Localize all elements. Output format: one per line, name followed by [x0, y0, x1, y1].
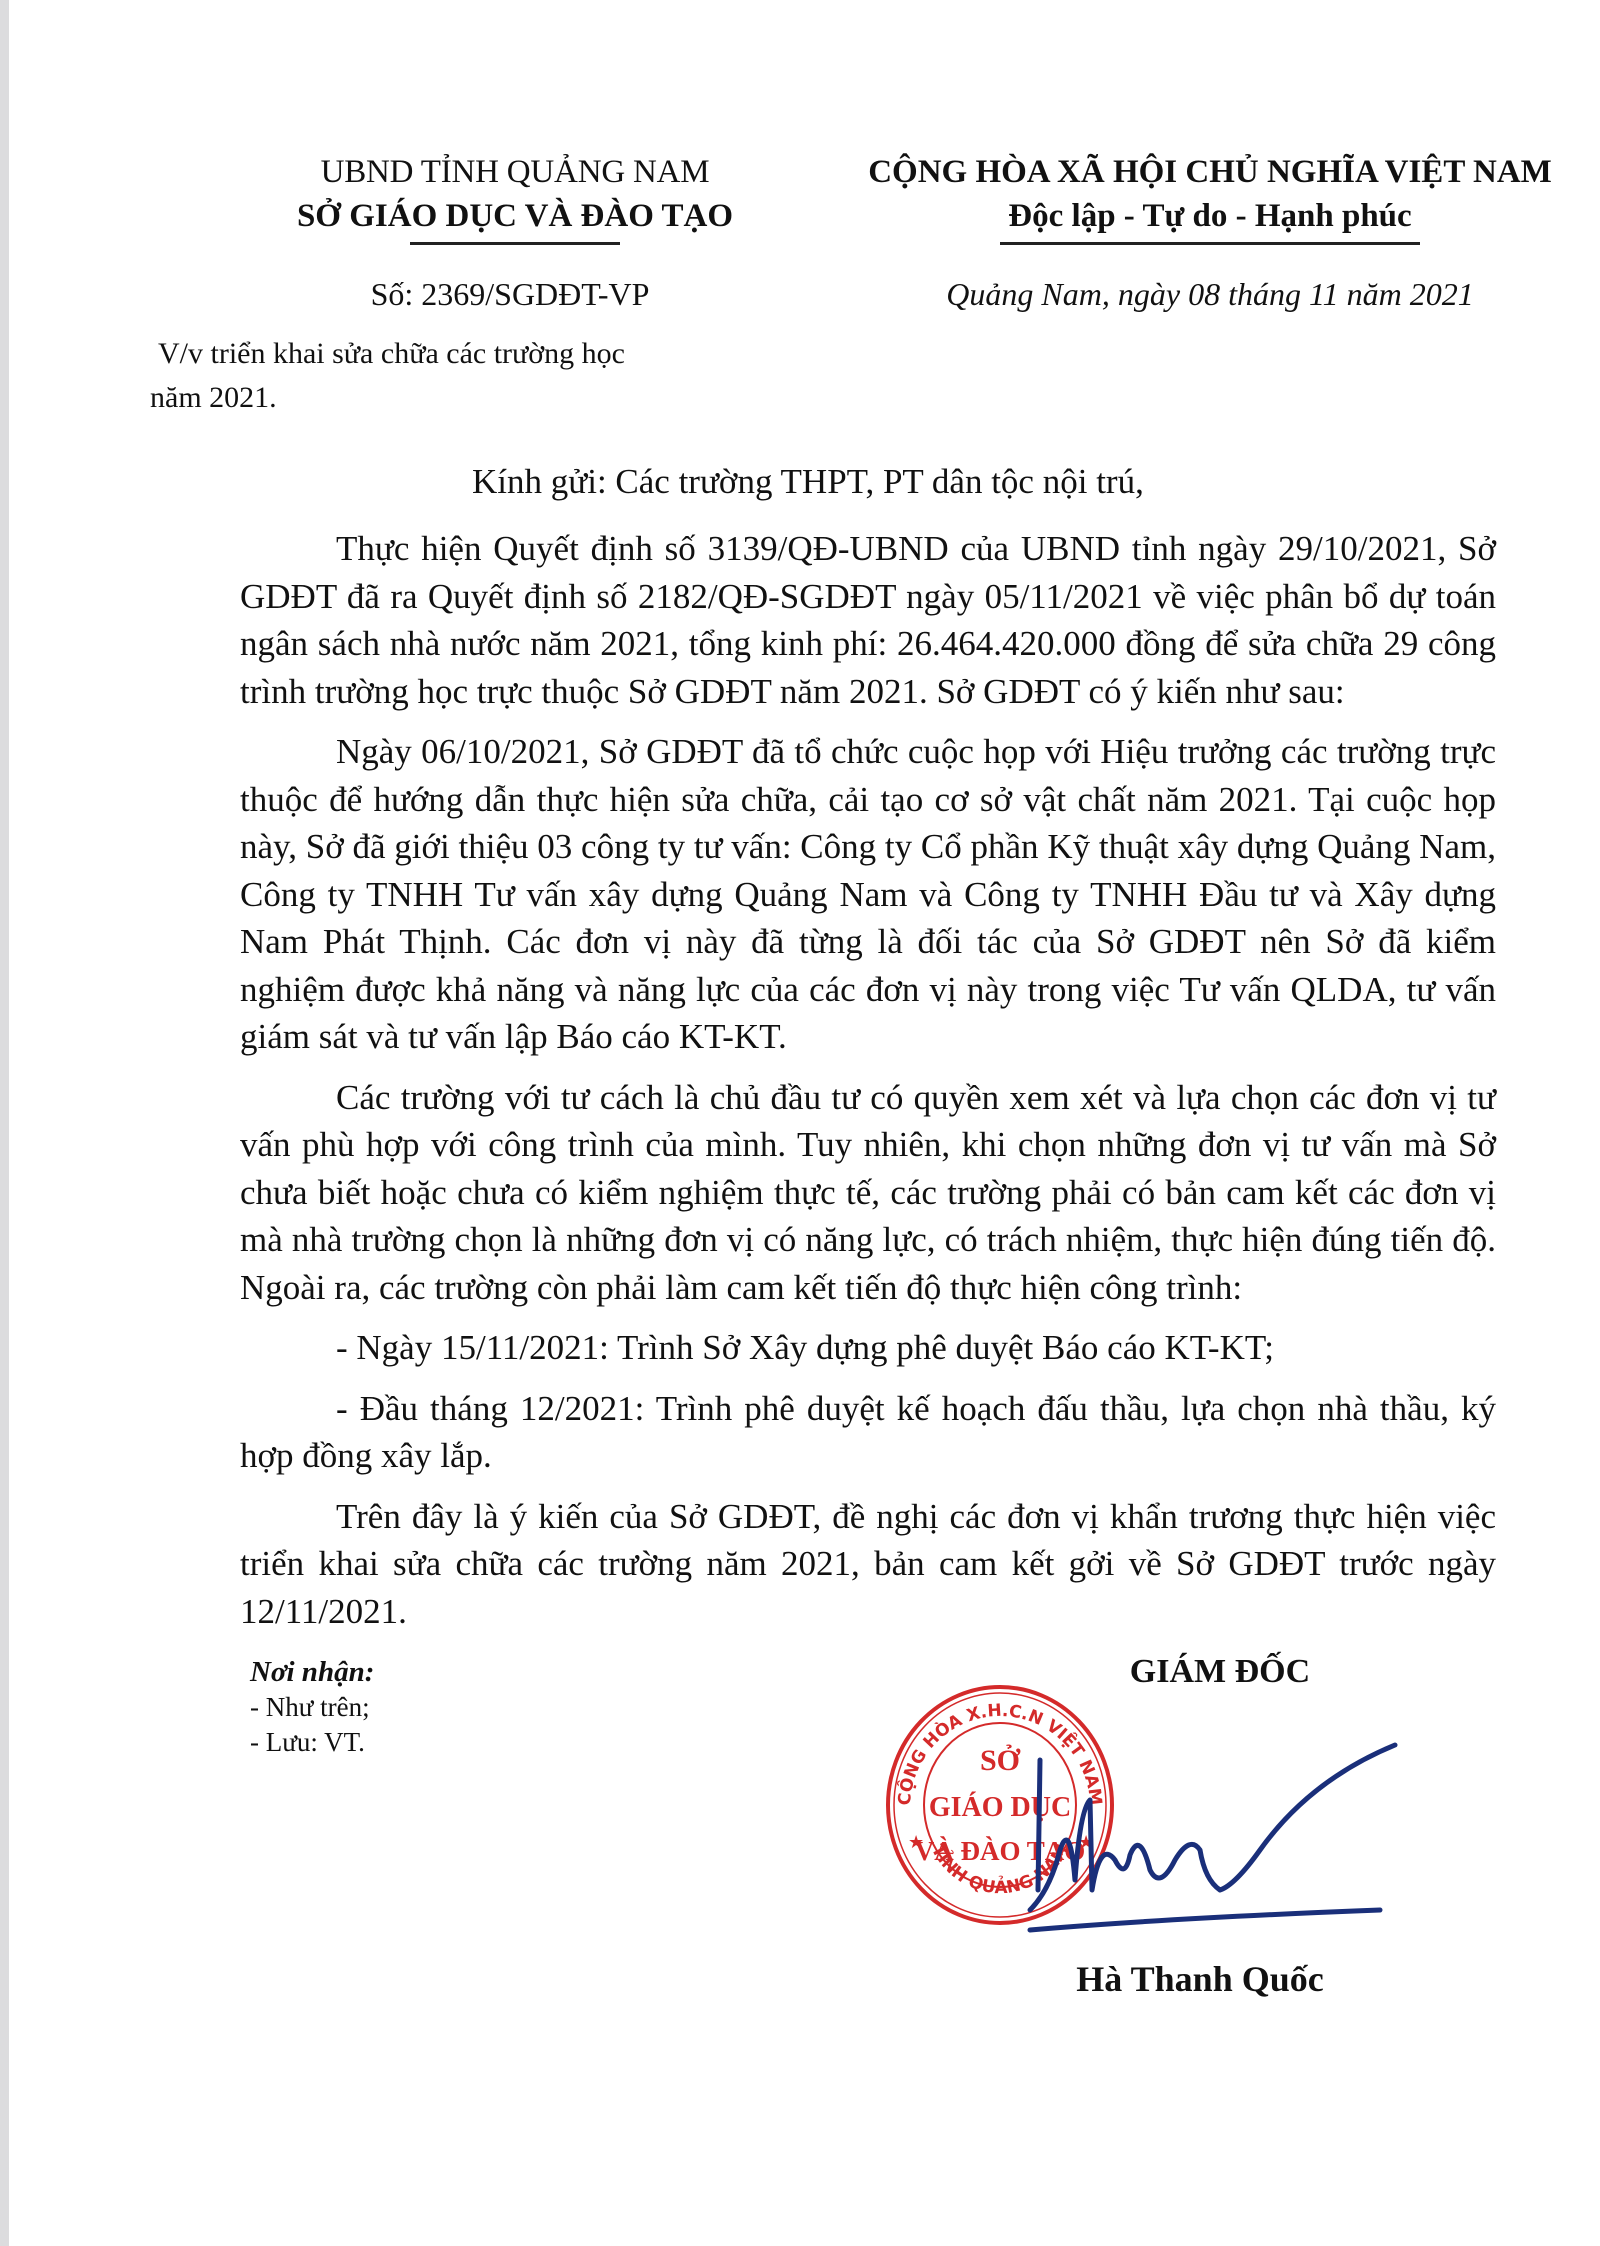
recipients-block: Nơi nhận: - Như trên; - Lưu: VT. — [250, 1655, 374, 1760]
letter-body: Thực hiện Quyết định số 3139/QĐ-UBND của… — [240, 525, 1496, 1648]
paragraph: Thực hiện Quyết định số 3139/QĐ-UBND của… — [240, 525, 1496, 715]
nation-line-1: CỘNG HÒA XÃ HỘI CHỦ NGHĨA VIỆT NAM — [830, 150, 1590, 194]
svg-text:SỞ: SỞ — [980, 1744, 1021, 1777]
paragraph: Ngày 06/10/2021, Sở GDĐT đã tổ chức cuộc… — [240, 728, 1496, 1061]
page-edge — [0, 0, 9, 2246]
document-number: Số: 2369/SGDĐT-VP — [300, 276, 720, 313]
place-date: Quảng Nam, ngày 08 tháng 11 năm 2021 — [890, 276, 1530, 313]
paragraph: - Ngày 15/11/2021: Trình Sở Xây dựng phê… — [240, 1324, 1496, 1372]
agency-line-2: SỞ GIÁO DỤC VÀ ĐÀO TẠO — [250, 194, 780, 238]
agency-underline — [410, 242, 620, 245]
signer-name: Hà Thanh Quốc — [1010, 1958, 1390, 2000]
issuing-agency: UBND TỈNH QUẢNG NAM SỞ GIÁO DỤC VÀ ĐÀO T… — [250, 150, 780, 245]
recipient-item: - Như trên; — [250, 1690, 374, 1725]
paragraph: Các trường với tư cách là chủ đầu tư có … — [240, 1074, 1496, 1312]
paragraph: - Đầu tháng 12/2021: Trình phê duyệt kế … — [240, 1385, 1496, 1480]
recipient-item: - Lưu: VT. — [250, 1725, 374, 1760]
subject-line: V/v triển khai sửa chữa các trường học n… — [150, 332, 670, 420]
handwritten-signature-icon — [1020, 1740, 1400, 1940]
nation-line-2: Độc lập - Tự do - Hạnh phúc — [830, 194, 1590, 238]
national-title: CỘNG HÒA XÃ HỘI CHỦ NGHĨA VIỆT NAM Độc l… — [830, 150, 1590, 245]
agency-line-1: UBND TỈNH QUẢNG NAM — [250, 150, 780, 194]
recipients-title: Nơi nhận: — [250, 1655, 374, 1690]
recipient-line: Kính gửi: Các trường THPT, PT dân tộc nộ… — [472, 462, 1144, 502]
nation-underline — [1000, 242, 1420, 245]
paragraph: Trên đây là ý kiến của Sở GDĐT, đề nghị … — [240, 1493, 1496, 1636]
